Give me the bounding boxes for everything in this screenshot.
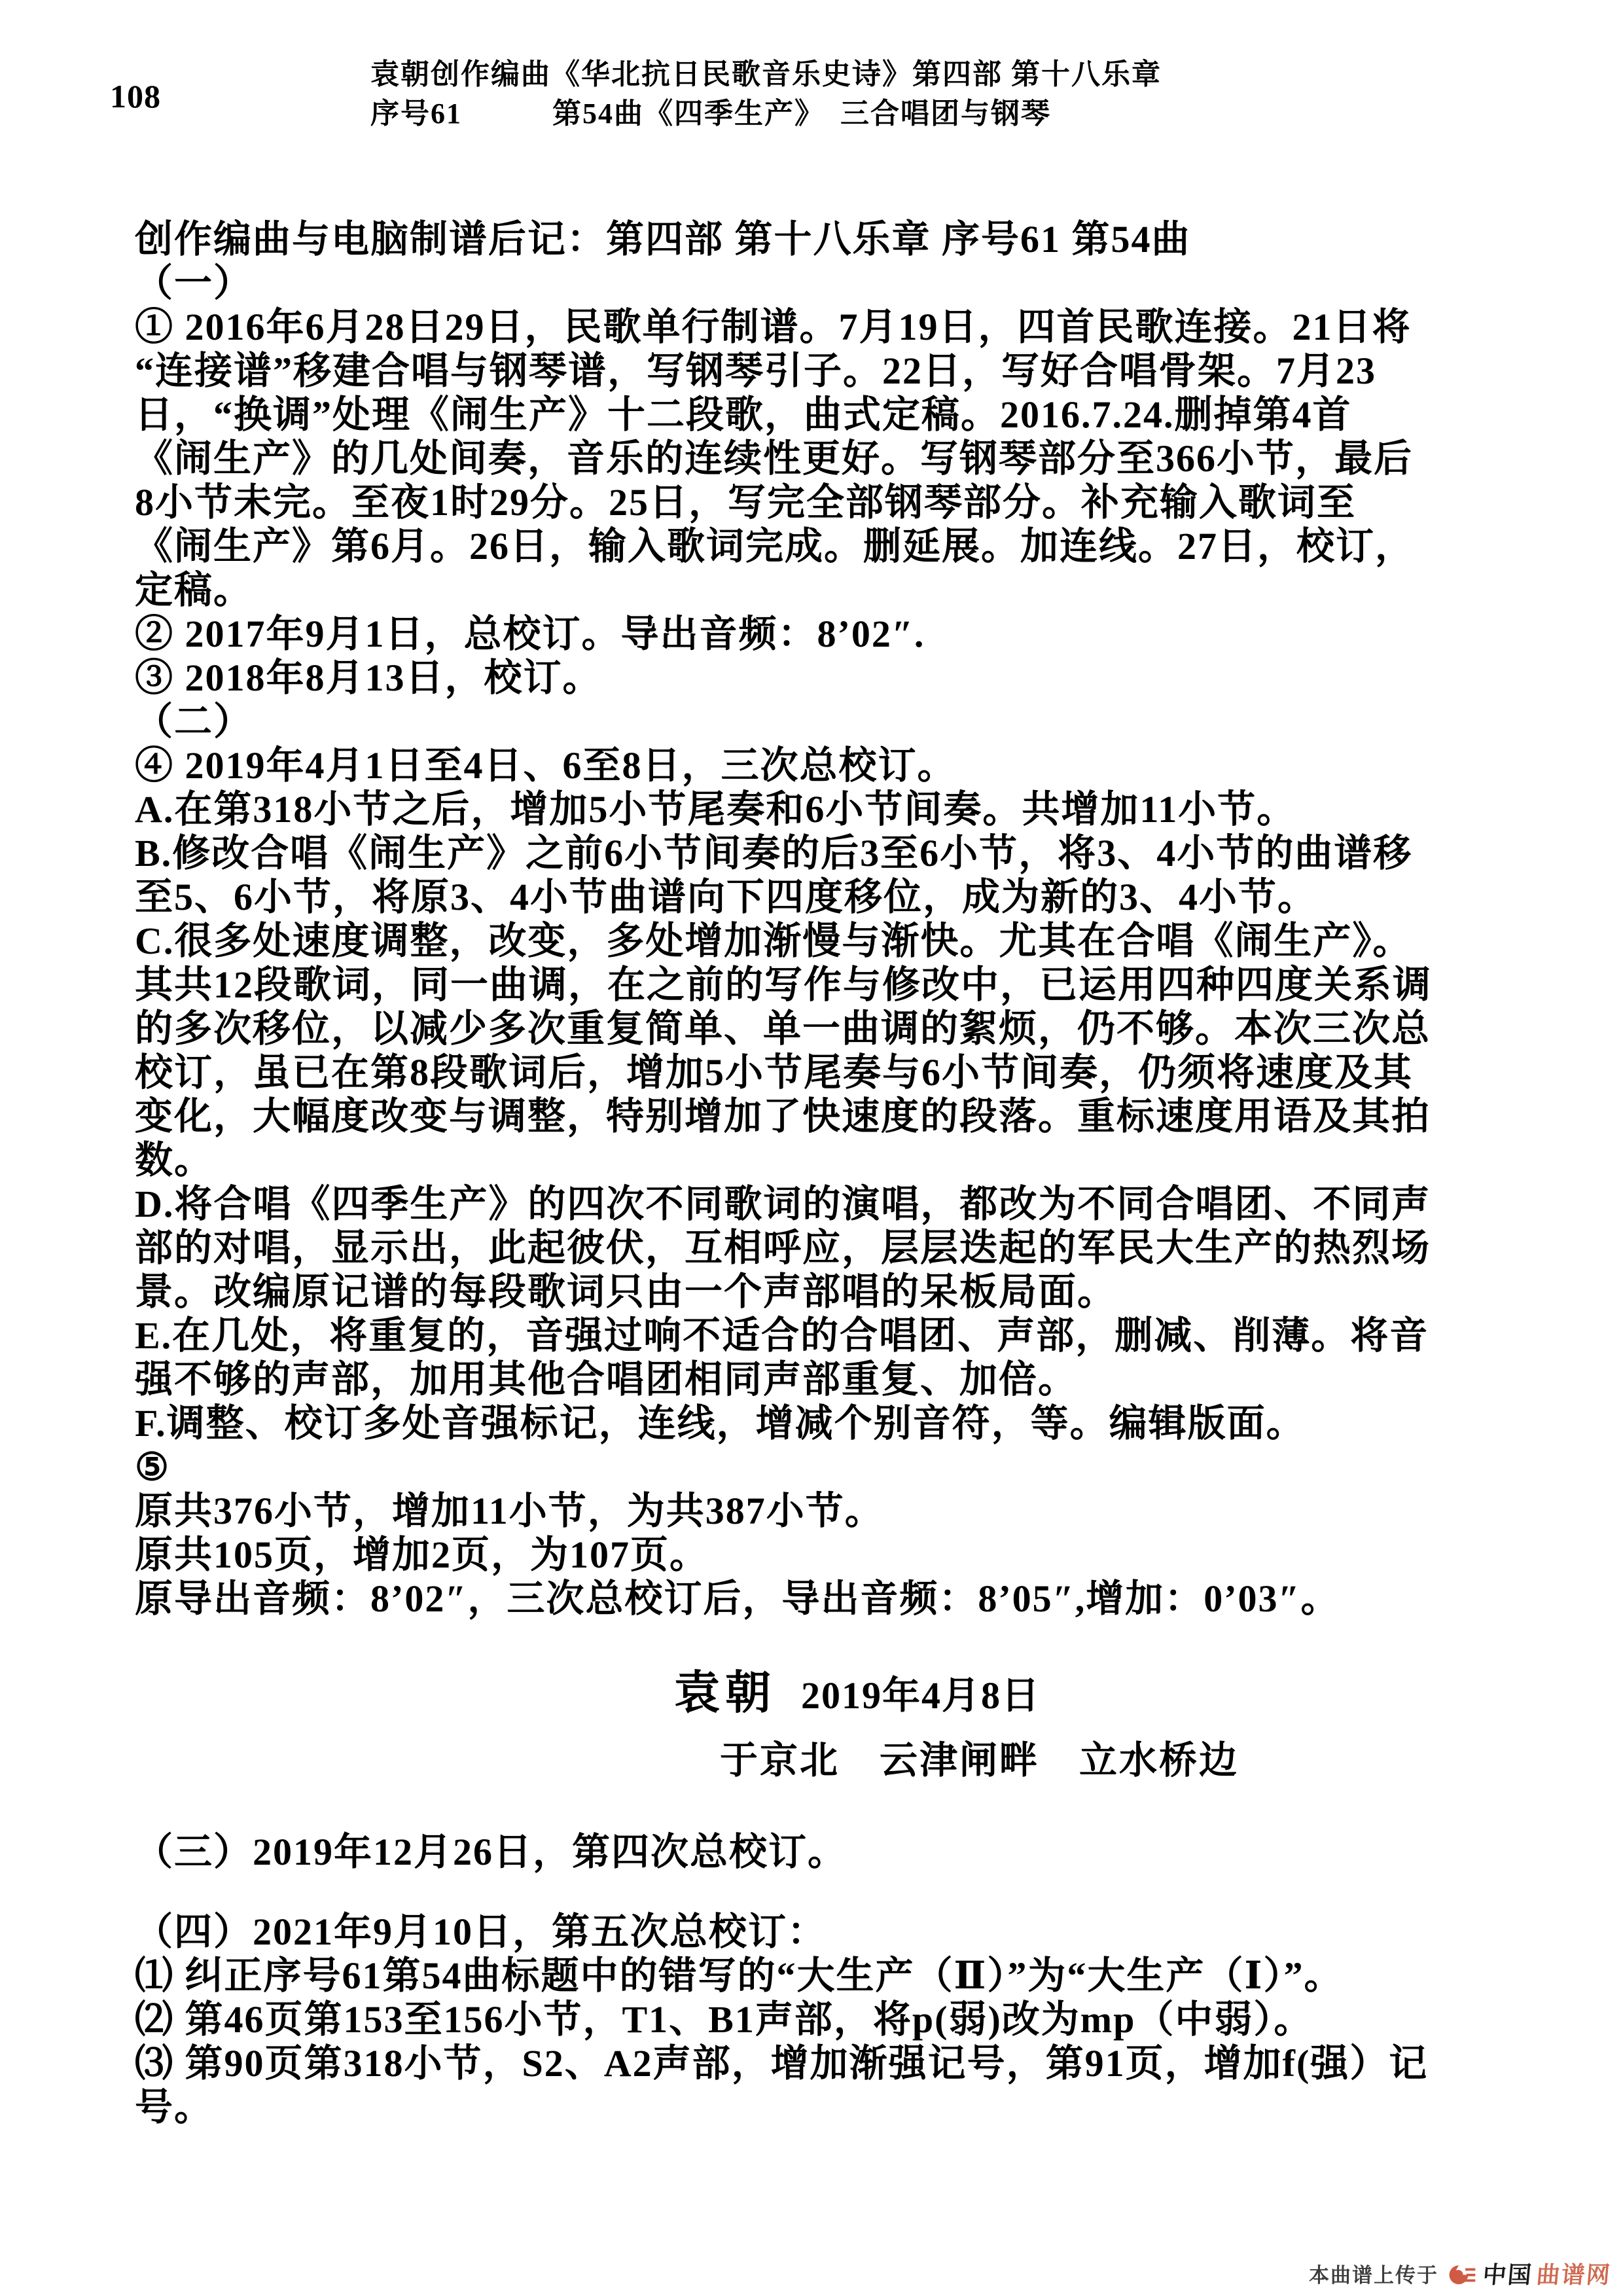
text-line: （一） — [135, 261, 1432, 305]
text-line: 至5、6小节，将原3、4小节曲谱向下四度移位，成为新的3、4小节。 — [135, 875, 1432, 919]
watermark-prefix: 本曲谱上传于 — [1309, 2259, 1438, 2288]
text-line: A.在第318小节之后，增加5小节尾奏和6小节间奏。共增加11小节。 — [135, 787, 1432, 831]
signature-place: 于京北 云津闸畔 立水桥边 — [720, 1729, 1239, 1784]
text-line: “连接谱”移建合唱与钢琴谱，写钢琴引子。22日，写好合唱骨架。7月23 — [135, 349, 1432, 393]
signature-date: 2019年4月8日 — [801, 1674, 1041, 1717]
document-page: 108 袁朝创作编曲《华北抗日民歌音乐史诗》第四部 第十八乐章 序号61 第54… — [0, 0, 1623, 2296]
text-line: 定稿。 — [135, 568, 1432, 612]
text-line: D.将合唱《四季生产》的四次不同歌词的演唱，都改为不同合唱团、不同声 — [135, 1182, 1432, 1226]
text-line: 《闹生产》的几处间奏，音乐的连续性更好。写钢琴部分至366小节，最后 — [135, 437, 1432, 480]
text-line: ⑤ — [135, 1445, 1432, 1489]
text-line: 景。改编原记谱的每段歌词只由一个声部唱的呆板局面。 — [135, 1270, 1432, 1314]
page-number: 108 — [110, 77, 161, 115]
text-line: 强不够的声部，加用其他合唱团相同声部重复、加倍。 — [135, 1357, 1432, 1401]
text-line: ③ 2018年8月13日，校订。 — [135, 656, 1432, 700]
text-line: ⑴ 纠正序号61第54曲标题中的错写的“大生产（Ⅱ）”为“大生产（Ⅰ）”。 — [135, 1954, 1428, 1998]
text-line: 原共376小节，增加11小节，为共387小节。 — [135, 1489, 1432, 1533]
site-watermark: 本曲谱上传于 中国 曲谱网 — [1309, 2257, 1611, 2290]
text-line: 日，“换调”处理《闹生产》十二段歌，曲式定稿。2016.7.24.删掉第4首 — [135, 393, 1432, 437]
text-line: 8小节未完。至夜1时29分。25日，写完全部钢琴部分。补充输入歌词至 — [135, 480, 1432, 524]
watermark-brand-name: 中国 — [1482, 2257, 1534, 2290]
text-line: ② 2017年9月1日，总校订。导出音频：8’02″. — [135, 612, 1432, 656]
signature-name: 袁朝 — [674, 1668, 776, 1719]
text-line: B.修改合唱《闹生产》之前6小节间奏的后3至6小节，将3、4小节的曲谱移 — [135, 831, 1432, 875]
section-four-block: （四）2021年9月10日，第五次总校订： ⑴ 纠正序号61第54曲标题中的错写… — [135, 1910, 1428, 2129]
text-line: ⑶ 第90页第318小节，S2、A2声部，增加渐强记号，第91页，增加f(强）记 — [135, 2041, 1428, 2085]
text-line: ① 2016年6月28日29日，民歌单行制谱。7月19日，四首民歌连接。21日将 — [135, 305, 1432, 349]
site-logo-icon — [1448, 2259, 1476, 2288]
text-line: 其共12段歌词，同一曲调，在之前的写作与修改中，已运用四种四度关系调 — [135, 963, 1432, 1007]
text-line: 《闹生产》第6月。26日，输入歌词完成。删延展。加连线。27日，校订， — [135, 524, 1432, 568]
text-line: 校订，虽已在第8段歌词后，增加5小节尾奏与6小节间奏，仍须将速度及其 — [135, 1050, 1432, 1094]
text-line: 部的对唱，显示出，此起彼伏，互相呼应，层层迭起的军民大生产的热烈场 — [135, 1226, 1432, 1270]
header-title-line-2: 序号61 第54曲《四季生产》 三合唱团与钢琴 — [370, 94, 1162, 134]
text-line: 的多次移位，以减少多次重复简单、单一曲调的絮烦，仍不够。本次三次总 — [135, 1007, 1432, 1050]
watermark-brand-suffix: 曲谱网 — [1535, 2257, 1613, 2290]
text-line: （二） — [135, 700, 1432, 744]
text-line: 原共105页，增加2页，为107页。 — [135, 1533, 1432, 1577]
signature-line: 袁朝2019年4月8日 — [674, 1668, 1041, 1720]
text-line: E.在几处，将重复的，音强过响不适合的合唱团、声部，删减、削薄。将音 — [135, 1314, 1432, 1357]
section-three-line: （三）2019年12月26日，第四次总校订。 — [135, 1821, 847, 1876]
text-line: 号。 — [135, 2085, 1428, 2129]
running-header: 袁朝创作编曲《华北抗日民歌音乐史诗》第四部 第十八乐章 序号61 第54曲《四季… — [370, 55, 1162, 134]
section-four-title: （四）2021年9月10日，第五次总校订： — [135, 1910, 1428, 1954]
text-line: F.调整、校订多处音强标记，连线，增减个别音符，等。编辑版面。 — [135, 1401, 1432, 1445]
text-line: C.很多处速度调整，改变，多处增加渐慢与渐快。尤其在合唱《闹生产》。 — [135, 919, 1432, 963]
text-line: 数。 — [135, 1138, 1432, 1182]
postscript-body-text: 创作编曲与电脑制谱后记：第四部 第十八乐章 序号61 第54曲（一）① 2016… — [135, 217, 1432, 1621]
text-line: 创作编曲与电脑制谱后记：第四部 第十八乐章 序号61 第54曲 — [135, 217, 1432, 261]
text-line: 原导出音频：8’02″，三次总校订后，导出音频：8’05″,增加：0’03″。 — [135, 1577, 1432, 1621]
section-four-items: ⑴ 纠正序号61第54曲标题中的错写的“大生产（Ⅱ）”为“大生产（Ⅰ）”。⑵ 第… — [135, 1954, 1428, 2129]
header-title-line-1: 袁朝创作编曲《华北抗日民歌音乐史诗》第四部 第十八乐章 — [370, 55, 1162, 94]
text-line: ④ 2019年4月1日至4日、6至8日，三次总校订。 — [135, 744, 1432, 787]
text-line: ⑵ 第46页第153至156小节，T1、B1声部，将p(弱)改为mp（中弱）。 — [135, 1998, 1428, 2041]
text-line: 变化，大幅度改变与调整，特别增加了快速度的段落。重标速度用语及其拍 — [135, 1094, 1432, 1138]
